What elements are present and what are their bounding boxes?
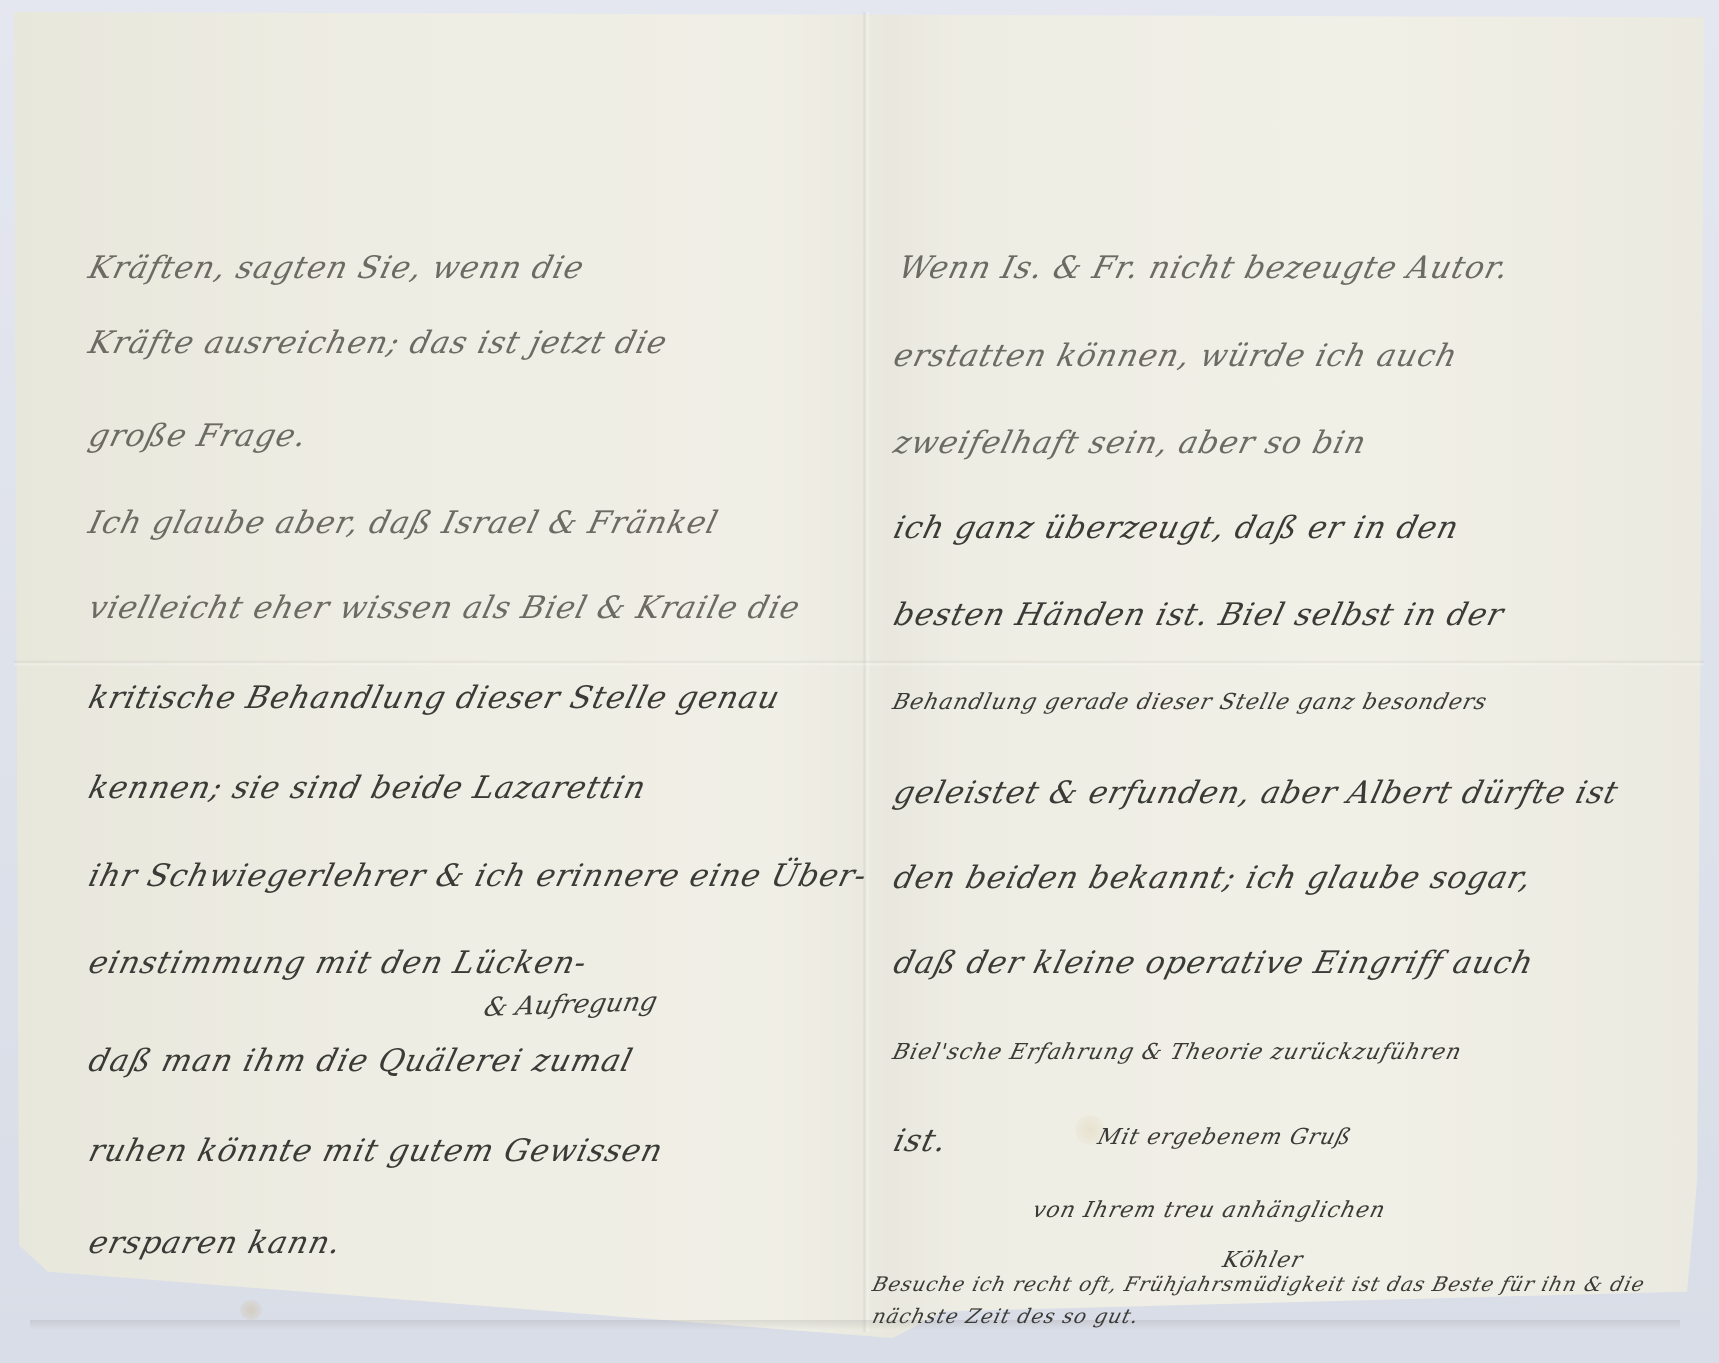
sheet-edge-shadow [30, 1320, 1680, 1330]
closing-valediction: von Ihrem treu anhänglichen [1030, 1198, 1388, 1223]
handwritten-line: einstimmung mit den Lücken- [85, 945, 591, 981]
handwritten-line: besten Händen ist. Biel selbst in der [890, 597, 1508, 633]
handwritten-line: ich ganz überzeugt, daß er in den [890, 510, 1463, 546]
paper-stain [240, 1300, 262, 1320]
handwritten-line: Ich glaube aber, daß Israel & Fränkel [85, 505, 722, 541]
handwritten-line: ersparen kann. [85, 1225, 345, 1261]
handwritten-line: Biel'sche Erfahrung & Theorie zurückzufü… [890, 1040, 1465, 1065]
signature: Köhler [1220, 1248, 1306, 1273]
vertical-fold-crease [862, 12, 870, 1332]
horizontal-fold-crease [14, 660, 1704, 666]
handwritten-line: erstatten können, würde ich auch [890, 338, 1462, 374]
handwritten-line: ruhen könnte mit gutem Gewissen [85, 1133, 667, 1169]
handwritten-line: zweifelhaft sein, aber so bin [890, 425, 1370, 461]
postscript-line: Besuche ich recht oft, Frühjahrsmüdigkei… [870, 1272, 1648, 1296]
handwritten-line: ist. [890, 1123, 951, 1159]
handwritten-line: daß man ihm die Quälerei zumal [85, 1043, 637, 1079]
handwritten-line: daß der kleine operative Eingriff auch [890, 945, 1538, 981]
handwritten-line: geleistet & erfunden, aber Albert dürfte… [890, 775, 1622, 811]
handwritten-line: ihr Schwiegerlehrer & ich erinnere eine … [85, 858, 871, 894]
handwritten-line: Kräften, sagten Sie, wenn die [85, 250, 588, 286]
handwritten-line: vielleicht eher wissen als Biel & Kraile… [85, 590, 804, 626]
postscript-line: nächste Zeit des so gut. [870, 1304, 1142, 1328]
handwritten-line: Kräfte ausreichen; das ist jetzt die [85, 325, 671, 361]
handwritten-line: den beiden bekannt; ich glaube sogar, [890, 860, 1536, 896]
handwritten-line: große Frage. [85, 418, 311, 454]
handwritten-insertion: & Aufregung [481, 987, 660, 1023]
handwritten-line: Behandlung gerade dieser Stelle ganz bes… [890, 690, 1490, 715]
handwritten-line: kennen; sie sind beide Lazarettin [85, 770, 650, 806]
handwritten-line: kritische Behandlung dieser Stelle genau [85, 680, 784, 716]
handwritten-line: Wenn Is. & Fr. nicht bezeugte Autor. [895, 250, 1513, 286]
closing-greeting: Mit ergebenem Gruß [1095, 1125, 1354, 1150]
